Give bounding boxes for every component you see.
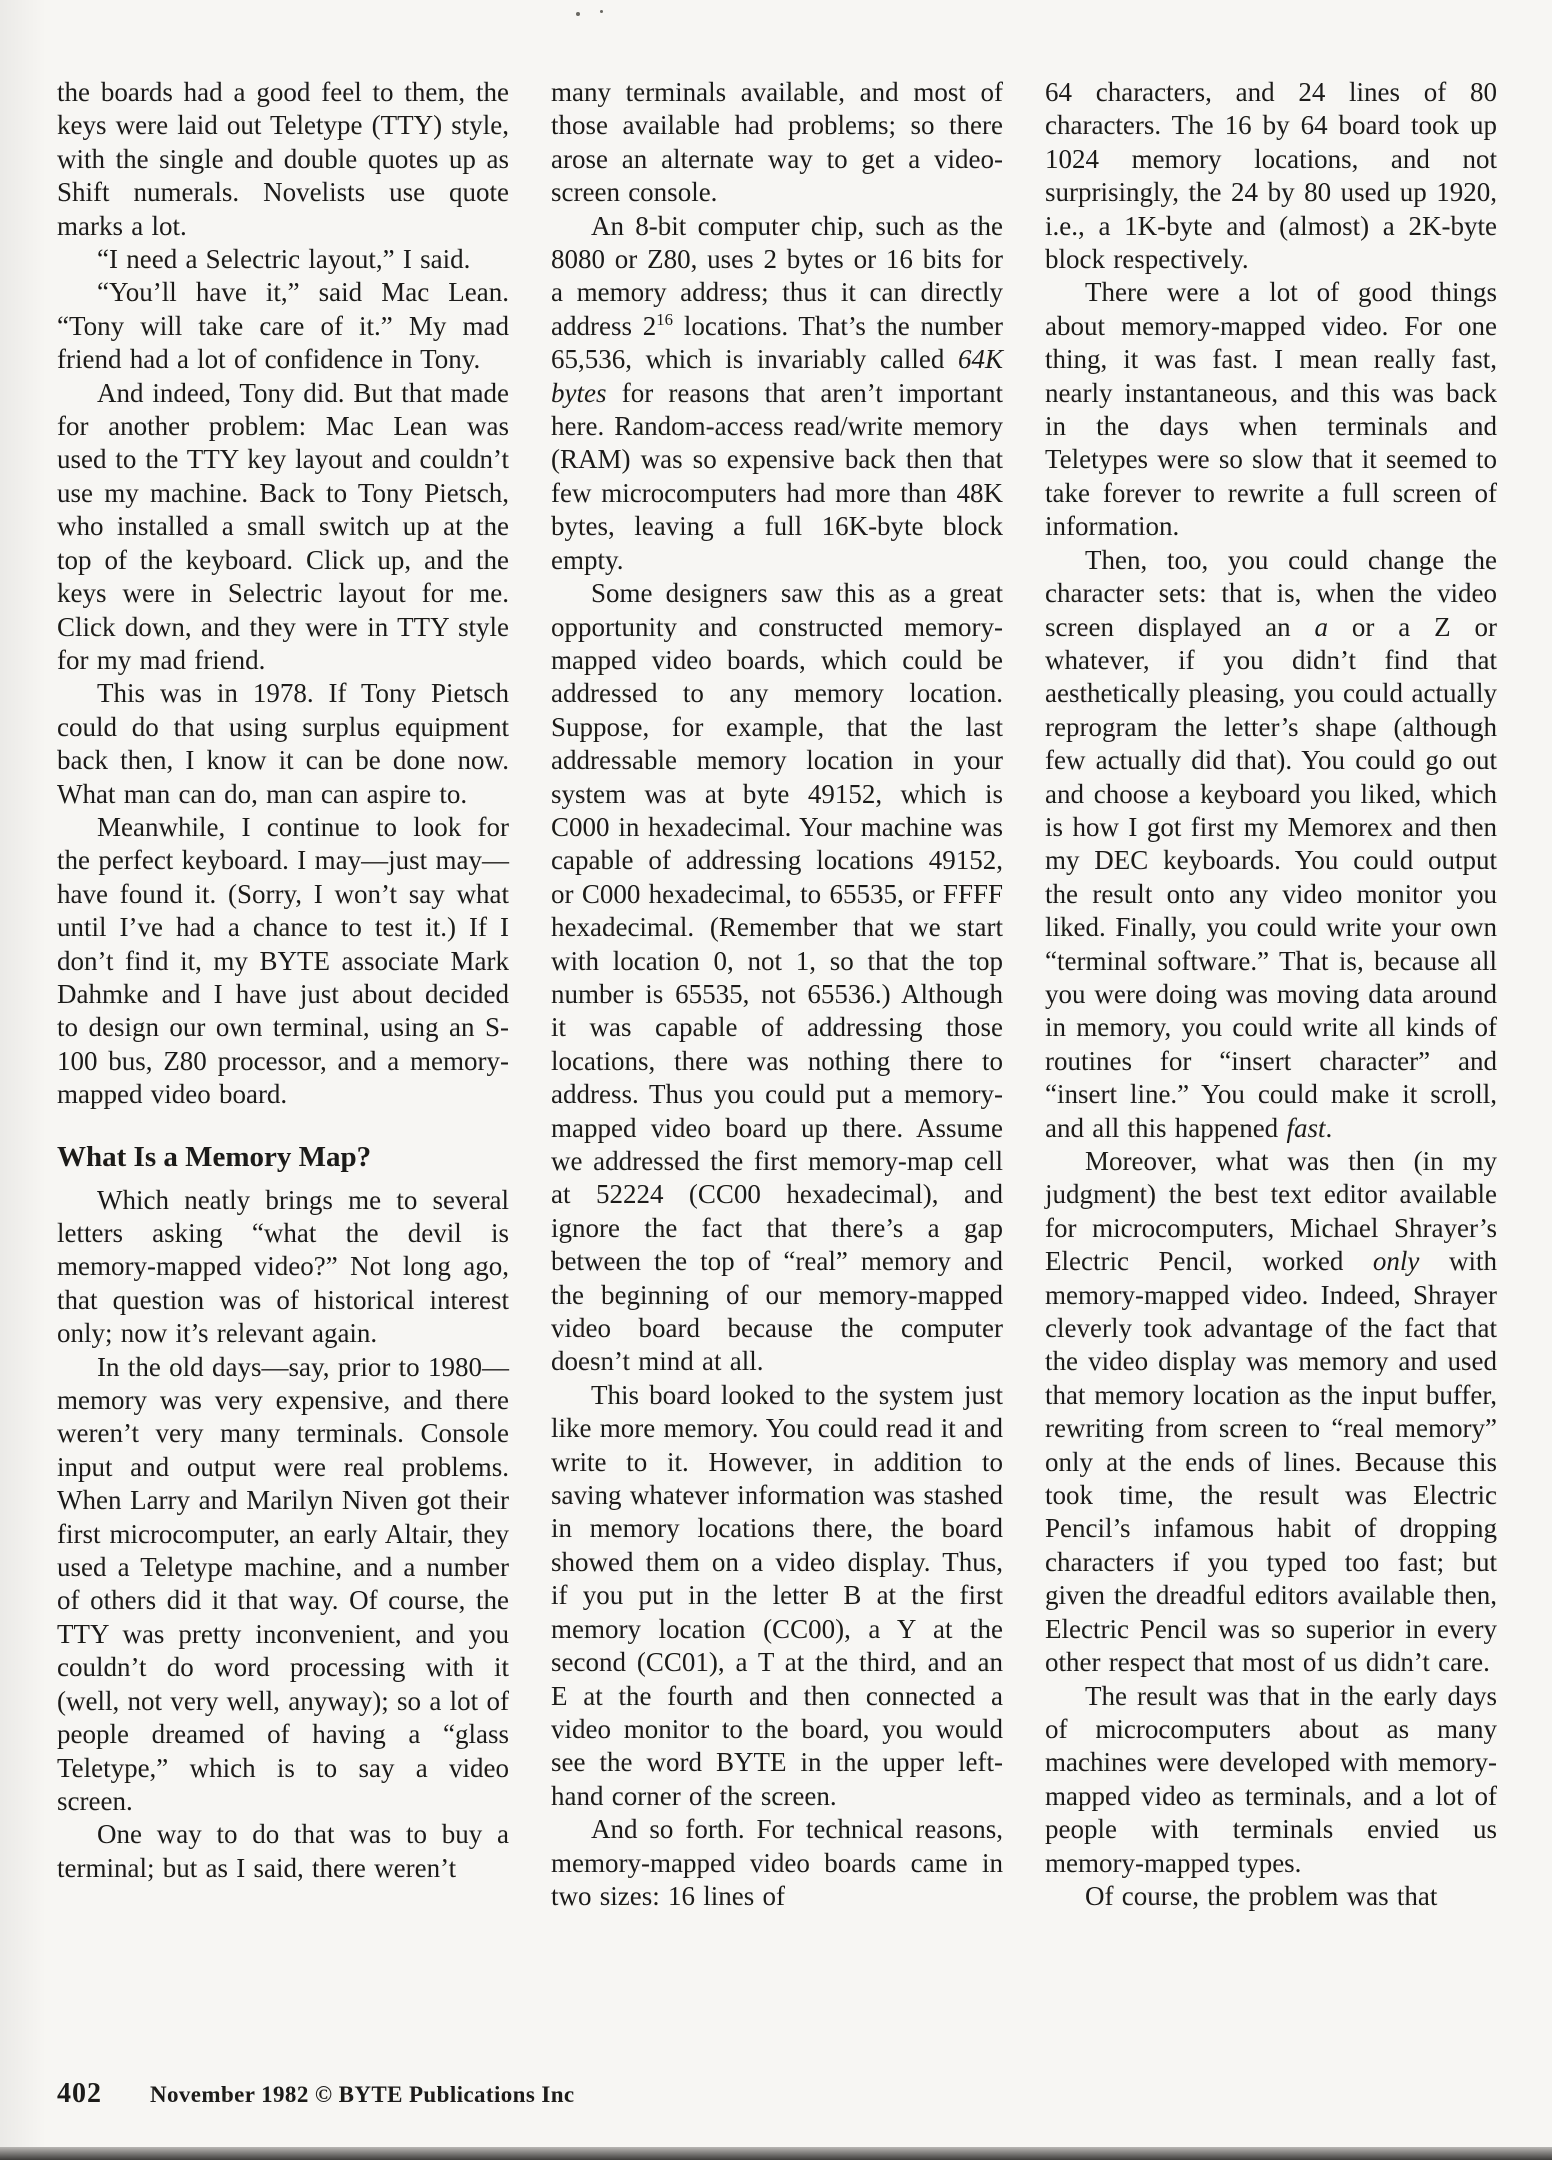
text-column-1: the boards had a good feel to them, the … bbox=[57, 76, 509, 1885]
body-text: The result was that in the early days of… bbox=[1045, 1681, 1497, 1878]
body-text: or a Z or whatever, if you didn’t find t… bbox=[1045, 612, 1497, 1143]
paragraph: Of course, the problem was that bbox=[1045, 1880, 1497, 1913]
paragraph: Moreover, what was then (in my judgment)… bbox=[1045, 1145, 1497, 1680]
paragraph: “You’ll have it,” said Mac Lean. “Tony w… bbox=[57, 276, 509, 376]
body-text: And indeed, Tony did. But that made for … bbox=[57, 378, 509, 675]
page-footer: 402 November 1982 © BYTE Publications In… bbox=[57, 2078, 575, 2110]
paragraph: Some designers saw this as a great oppor… bbox=[551, 577, 1003, 1379]
paragraph: “I need a Selectric layout,” I said. bbox=[57, 243, 509, 276]
paragraph: many terminals available, and most of th… bbox=[551, 76, 1003, 210]
body-text: This board looked to the system just lik… bbox=[551, 1380, 1003, 1811]
body-text: In the old days—say, prior to 1980—memor… bbox=[57, 1352, 509, 1816]
body-text: Some designers saw this as a great oppor… bbox=[551, 578, 1003, 1376]
paragraph: 64 characters, and 24 lines of 80 charac… bbox=[1045, 76, 1497, 276]
paragraph: The result was that in the early days of… bbox=[1045, 1680, 1497, 1880]
paragraph: In the old days—say, prior to 1980—memor… bbox=[57, 1351, 509, 1819]
paragraph: Meanwhile, I continue to look for the pe… bbox=[57, 811, 509, 1112]
body-text: There were a lot of good things about me… bbox=[1045, 277, 1497, 541]
paragraph: Then, too, you could change the characte… bbox=[1045, 544, 1497, 1145]
paragraph: There were a lot of good things about me… bbox=[1045, 276, 1497, 543]
body-text: This was in 1978. If Tony Pietsch could … bbox=[57, 678, 509, 808]
body-text: Meanwhile, I continue to look for the pe… bbox=[57, 812, 509, 1109]
paragraph: And so forth. For technical reasons, mem… bbox=[551, 1813, 1003, 1913]
scan-speck bbox=[600, 10, 603, 13]
paragraph: Which neatly brings me to several letter… bbox=[57, 1184, 509, 1351]
body-text: Which neatly brings me to several letter… bbox=[57, 1185, 509, 1349]
italic-text: fast bbox=[1286, 1113, 1325, 1143]
paragraph: An 8-bit computer chip, such as the 8080… bbox=[551, 210, 1003, 577]
body-text: And so forth. For technical reasons, mem… bbox=[551, 1814, 1003, 1911]
page-number: 402 bbox=[57, 2078, 102, 2110]
magazine-page: the boards had a good feel to them, the … bbox=[0, 0, 1552, 2160]
paragraph: And indeed, Tony did. But that made for … bbox=[57, 377, 509, 678]
paragraph: This was in 1978. If Tony Pietsch could … bbox=[57, 677, 509, 811]
section-heading: What Is a Memory Map? bbox=[57, 1140, 509, 1174]
scan-edge-bar bbox=[0, 2147, 1552, 2160]
publication-credit: November 1982 © BYTE Publications Inc bbox=[150, 2082, 575, 2108]
superscript-text: 16 bbox=[656, 310, 673, 329]
scan-speck bbox=[576, 12, 580, 16]
body-text: the boards had a good feel to them, the … bbox=[57, 77, 509, 241]
paragraph: the boards had a good feel to them, the … bbox=[57, 76, 509, 243]
italic-text: a bbox=[1315, 612, 1329, 642]
body-text: 64 characters, and 24 lines of 80 charac… bbox=[1045, 77, 1497, 274]
body-text: “You’ll have it,” said Mac Lean. “Tony w… bbox=[57, 277, 509, 374]
body-text: “I need a Selectric layout,” I said. bbox=[97, 244, 470, 274]
text-column-2: many terminals available, and most of th… bbox=[551, 76, 1003, 1913]
text-column-3: 64 characters, and 24 lines of 80 charac… bbox=[1045, 76, 1497, 1913]
paragraph: One way to do that was to buy a terminal… bbox=[57, 1818, 509, 1885]
body-text: Of course, the problem was that bbox=[1085, 1881, 1437, 1911]
body-text: for reasons that aren’t important here. … bbox=[551, 378, 1003, 575]
body-text: many terminals available, and most of th… bbox=[551, 77, 1003, 207]
body-text: One way to do that was to buy a terminal… bbox=[57, 1819, 509, 1882]
body-text: . bbox=[1325, 1113, 1332, 1143]
body-text: with memory-mapped video. Indeed, Shraye… bbox=[1045, 1246, 1497, 1677]
italic-text: only bbox=[1373, 1246, 1420, 1276]
paragraph: This board looked to the system just lik… bbox=[551, 1379, 1003, 1813]
